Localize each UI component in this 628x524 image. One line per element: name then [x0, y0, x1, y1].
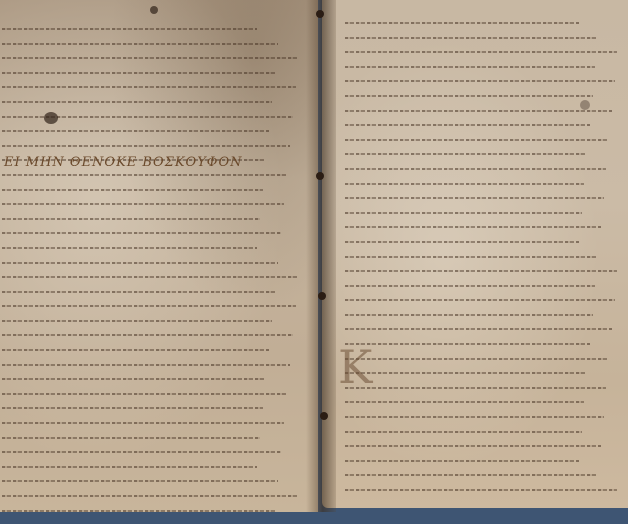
text-line	[345, 183, 584, 185]
text-line	[345, 66, 595, 68]
left-text-block	[2, 28, 302, 524]
text-line	[345, 241, 579, 243]
right-text-block	[345, 22, 620, 504]
text-line	[345, 299, 615, 301]
book-gutter	[306, 0, 336, 512]
text-line	[345, 489, 617, 491]
text-line	[345, 139, 609, 141]
text-line	[2, 57, 299, 59]
text-line	[2, 276, 299, 278]
text-line	[2, 349, 269, 351]
text-line	[345, 358, 609, 360]
ink-stain	[150, 6, 158, 14]
ink-stain	[580, 100, 590, 110]
text-line	[345, 212, 582, 214]
text-line	[2, 495, 299, 497]
text-line	[2, 28, 257, 30]
text-line	[2, 291, 275, 293]
text-line	[345, 416, 604, 418]
text-line	[345, 270, 617, 272]
text-line	[345, 328, 612, 330]
binding-hole	[320, 412, 328, 420]
text-line	[345, 37, 598, 39]
text-line	[345, 153, 587, 155]
text-line	[345, 431, 582, 433]
text-line	[345, 285, 595, 287]
text-line	[2, 437, 260, 439]
text-line	[345, 95, 593, 97]
text-line	[345, 314, 593, 316]
text-line	[2, 320, 272, 322]
rubric-heading: ΕΙ ΜΗΝ ΘΕΝΟΚΕ ΒΟΣΚΟΥΦΟΝ	[4, 155, 242, 170]
text-line	[345, 226, 601, 228]
text-line	[345, 460, 579, 462]
text-line	[2, 466, 257, 468]
text-line	[345, 474, 598, 476]
text-line	[2, 262, 278, 264]
text-line	[2, 422, 284, 424]
text-line	[345, 256, 598, 258]
text-line	[2, 218, 260, 220]
text-line	[2, 393, 287, 395]
text-line	[2, 451, 281, 453]
text-line	[345, 343, 590, 345]
decorated-initial: K	[338, 340, 372, 394]
binding-hole	[316, 172, 324, 180]
text-line	[2, 364, 290, 366]
text-line	[2, 203, 284, 205]
text-line	[2, 232, 281, 234]
text-line	[2, 305, 296, 307]
text-line	[345, 168, 606, 170]
text-line	[345, 110, 612, 112]
text-line	[345, 401, 584, 403]
text-line	[2, 72, 275, 74]
text-line	[345, 387, 606, 389]
binding-hole	[318, 292, 326, 300]
text-line	[345, 372, 587, 374]
binding-hole	[316, 10, 324, 18]
text-line	[345, 445, 601, 447]
text-line	[2, 43, 278, 45]
text-line	[2, 174, 287, 176]
text-line	[2, 407, 263, 409]
text-line	[2, 86, 296, 88]
text-line	[2, 334, 293, 336]
text-line	[2, 247, 257, 249]
text-line	[2, 101, 272, 103]
text-line	[345, 124, 590, 126]
text-line	[345, 80, 615, 82]
text-line	[2, 480, 278, 482]
text-line	[2, 378, 266, 380]
text-line	[345, 197, 604, 199]
ink-stain	[44, 112, 58, 124]
text-line	[2, 189, 263, 191]
text-line	[2, 510, 275, 512]
text-line	[345, 51, 617, 53]
text-line	[2, 145, 290, 147]
text-line	[2, 130, 269, 132]
text-line	[345, 22, 579, 24]
